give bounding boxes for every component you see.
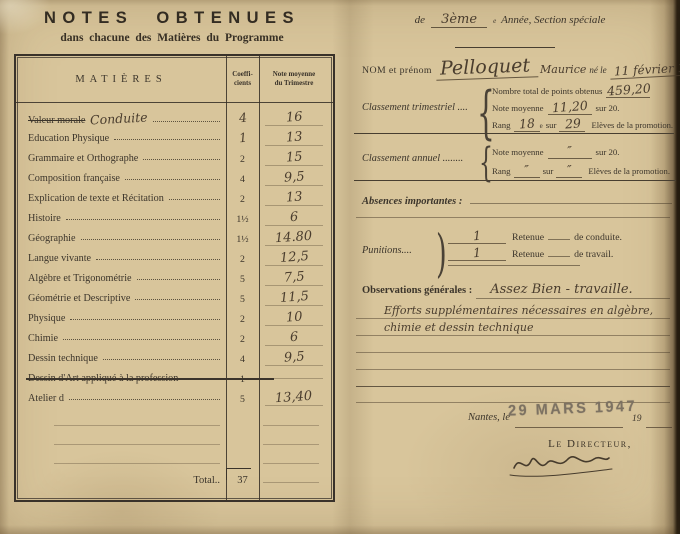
coefficient-value: 1: [238, 130, 247, 146]
note-value: 6: [289, 210, 298, 226]
note-line: 14.80: [265, 230, 323, 246]
subject-area: Atelier d: [16, 393, 226, 404]
coefficient-value: 5: [240, 274, 245, 285]
coefficient-cell: 2: [226, 329, 259, 347]
note-line: 13: [265, 130, 323, 146]
annuel-of-label: sur: [543, 166, 554, 176]
note-cell: 10: [259, 310, 329, 326]
subject-label: Education Physique: [28, 133, 109, 144]
subject-label: Géométrie et Descriptive: [28, 293, 130, 304]
note-line: 7,5: [265, 270, 323, 286]
date-stamp: 29 MARS 1947: [508, 398, 638, 420]
total-label: Total..: [16, 475, 226, 486]
subject-area: Chimie: [16, 333, 226, 344]
points-value-handwritten: 459,20: [606, 80, 651, 98]
subject-label: Langue vivante: [28, 253, 91, 264]
subject-label: Atelier d: [28, 393, 64, 404]
subject-area: Géographie: [16, 233, 226, 244]
table-row: Dessin technique49,5: [16, 348, 333, 368]
coefficient-cell: 2: [226, 309, 259, 327]
note-value: 15: [285, 149, 303, 165]
subject-label: Composition française: [28, 173, 120, 184]
table-row: Dessin d'Art appliqué à la profession1: [16, 368, 333, 388]
year-handwritten-value: 3ème: [431, 12, 487, 28]
annuel-rank-suffix: Elèves de la promotion.: [588, 166, 670, 176]
dotted-leader: [63, 339, 220, 340]
coefficient-value: 4: [240, 174, 245, 185]
subject-label: Algèbre et Trigonométrie: [28, 273, 132, 284]
note-value: 9,5: [283, 349, 305, 365]
table-row: Explication de texte et Récitation213: [16, 188, 333, 208]
coefficient-value: 4: [240, 354, 245, 365]
note-value: 14.80: [275, 229, 313, 247]
rank-value-handwritten: 18: [518, 115, 535, 131]
note-cell: 12,5: [259, 250, 329, 266]
note-cell: 9,5: [259, 350, 329, 366]
birthdate-handwritten: 11 février 1930: [609, 59, 680, 79]
note-value: 10: [285, 309, 303, 325]
annuel-rank-value: ″: [524, 162, 529, 177]
subject-area: Algèbre et Trigonométrie: [16, 273, 226, 284]
note-line: 6: [265, 330, 323, 346]
note-line: 11,5: [265, 290, 323, 306]
punition-suffix: de conduite.: [574, 232, 622, 243]
total-coefficients-value: 37: [226, 475, 259, 486]
subject-area: Grammaire et Orthographe: [16, 153, 226, 164]
total-note-line: [263, 482, 319, 483]
note-value: 7,5: [283, 269, 305, 285]
coefficient-value: 4: [238, 110, 247, 126]
note-value: 13: [285, 129, 303, 145]
subject-label: Histoire: [28, 213, 61, 224]
note-value: 11,5: [279, 289, 309, 306]
dotted-leader: [81, 239, 220, 240]
coefficient-cell: 1½: [226, 229, 259, 247]
coefficient-value: 2: [240, 314, 245, 325]
note-cell: 13: [259, 130, 329, 146]
year-blank-line: [646, 427, 672, 428]
coefficient-value: 5: [240, 294, 245, 305]
punitions-label: Punitions....: [362, 245, 412, 256]
coefficient-value: 1½: [236, 234, 248, 245]
observations-line: chimie et dessin technique: [356, 319, 670, 336]
annuel-average-suffix: sur 20.: [596, 147, 620, 157]
note-line: 9,5: [265, 350, 323, 366]
year-section-line: de 3ème e Année, Section spéciale: [350, 12, 670, 28]
year-prefix: de: [415, 14, 425, 26]
observations-line: Observations générales : Assez Bien - tr…: [362, 282, 670, 299]
table-row: Langue vivante212,5: [16, 248, 333, 268]
subject-area: Education Physique: [16, 133, 226, 144]
average-value-handwritten: 11,20: [551, 98, 588, 115]
report-card-scan: NOTES OBTENUES dans chacune des Matières…: [0, 0, 680, 534]
observation-handwritten: Assez Bien - travaille.: [476, 282, 670, 299]
column-header-matieres: MATIÈRES: [16, 56, 226, 102]
points-line: Nombre total de points obtenus 459,20: [492, 82, 650, 98]
note-cell: 13: [259, 190, 329, 206]
section-rule: [354, 133, 674, 134]
annuel-average-line: Note moyenne ″ sur 20.: [492, 143, 620, 159]
note-line: 16: [265, 110, 323, 126]
coefficient-cell: 5: [226, 389, 259, 407]
coefficient-cell: 2: [226, 189, 259, 207]
dotted-leader: [125, 179, 220, 180]
observations-blank-line: [356, 336, 670, 353]
dotted-leader: [70, 319, 220, 320]
name-label: NOM et prénom: [362, 65, 432, 76]
annuel-rank-line: Rang ″ sur ″ Elèves de la promotion.: [492, 162, 670, 178]
column-header-note-moyenne: Note moyenne du Trimestre: [259, 56, 329, 102]
coefficient-cell: 1: [226, 129, 259, 147]
coefficient-cell: 2: [226, 149, 259, 167]
punition-blank-line: [448, 265, 580, 266]
observations-blank-line: [356, 353, 670, 370]
coefficient-cell: 4: [226, 349, 259, 367]
subject-label: Explication de texte et Récitation: [28, 193, 164, 204]
rank-of-label: sur: [546, 120, 557, 130]
absences-blank-line: [356, 217, 670, 218]
coefficient-cell: 4: [226, 169, 259, 187]
year-ordinal-mark: e: [493, 17, 496, 25]
year-suffix: Année, Section spéciale: [501, 14, 605, 26]
table-row: Algèbre et Trigonométrie57,5: [16, 268, 333, 288]
punition-word: Retenue: [512, 249, 544, 260]
paren-glyph: ): [436, 224, 447, 283]
note-value: 12,5: [279, 249, 309, 266]
observation-handwritten: Efforts supplémentaires nécessaires en a…: [356, 304, 653, 318]
coefficient-cell: 5: [226, 289, 259, 307]
firstname-handwritten: Maurice: [540, 63, 586, 76]
note-line: 6: [265, 210, 323, 226]
column-header-coefficients: Coeffi- cients: [226, 56, 259, 102]
punition-blank: [548, 239, 570, 240]
subject-area: Explication de texte et Récitation: [16, 193, 226, 204]
punition-count-handwritten: 1: [473, 228, 482, 244]
note-line: 12,5: [265, 250, 323, 266]
rank-ordinal-mark: e: [540, 122, 543, 130]
coefficient-value: 2: [240, 334, 245, 345]
table-row: Atelier d513,40: [16, 388, 333, 408]
note-cell: 16: [259, 110, 329, 126]
observations-blank-line: [356, 370, 670, 387]
annuel-of-value: ″: [567, 162, 572, 177]
note-line: 13,40: [265, 390, 323, 406]
points-label: Nombre total de points obtenus: [492, 86, 602, 96]
absences-blank-line: [470, 203, 672, 204]
subject-label: Physique: [28, 313, 65, 324]
dotted-leader: [69, 399, 220, 400]
table-row: Géographie1½14.80: [16, 228, 333, 248]
average-label: Note moyenne: [492, 103, 544, 113]
director-signature: [508, 448, 618, 482]
rank-line: Rang 18 e sur 29 Elèves de la promotion.: [492, 116, 673, 132]
note-cell: 14.80: [259, 230, 329, 246]
rank-of-value-handwritten: 29: [564, 115, 581, 131]
page-title: NOTES OBTENUES: [0, 9, 344, 28]
place-label: Nantes, le: [468, 412, 510, 423]
annuel-average-label: Note moyenne: [492, 147, 544, 157]
note-value: 16: [285, 109, 303, 125]
coefficient-cell: 2: [226, 249, 259, 267]
table-rows: Valeur moraleConduite416Education Physiq…: [16, 108, 333, 408]
year-prefix-print: 19: [632, 414, 642, 424]
punition-line: 1 Retenue de conduite.: [448, 228, 622, 244]
coefficient-value: 1½: [236, 214, 248, 225]
table-row: Chimie26: [16, 328, 333, 348]
note-cell: 13,40: [259, 390, 329, 406]
annuel-average-value: ″: [567, 143, 572, 158]
total-row: Total.. 37: [16, 468, 333, 492]
punition-suffix: de travail.: [574, 249, 613, 260]
note-cell: 11,5: [259, 290, 329, 306]
dotted-leader: [66, 219, 220, 220]
blank-row: [16, 448, 333, 467]
table-row: Grammaire et Orthographe215: [16, 148, 333, 168]
note-line: 13: [265, 190, 323, 206]
table-row: Education Physique113: [16, 128, 333, 148]
dotted-leader: [103, 359, 220, 360]
decorative-rule: [455, 47, 555, 48]
page-subtitle: dans chacune des Matières du Programme: [0, 32, 344, 44]
subject-label: Géographie: [28, 233, 76, 244]
table-header-rule: [16, 102, 333, 103]
observation-handwritten: chimie et dessin technique: [356, 321, 534, 335]
right-page: de 3ème e Année, Section spéciale NOM et…: [350, 0, 680, 534]
table-row: Histoire1½6: [16, 208, 333, 228]
subject-area: Géométrie et Descriptive: [16, 293, 226, 304]
grades-table: MATIÈRES Coeffi- cients Note moyenne du …: [14, 54, 335, 502]
dotted-leader: [135, 299, 220, 300]
note-cell: 6: [259, 210, 329, 226]
note-value: 9,5: [283, 169, 305, 185]
dotted-leader: [153, 121, 220, 122]
coefficient-value: 5: [240, 394, 245, 405]
rank-label: Rang: [492, 120, 511, 130]
subject-area: Composition française: [16, 173, 226, 184]
punition-word: Retenue: [512, 232, 544, 243]
dotted-leader: [114, 139, 220, 140]
table-row: Physique210: [16, 308, 333, 328]
note-value: 13,40: [275, 389, 313, 407]
subject-handwritten: Conduite: [90, 109, 148, 127]
subject-label: Valeur morale: [28, 115, 85, 126]
table-row: Géométrie et Descriptive511,5: [16, 288, 333, 308]
note-value: 6: [289, 330, 298, 346]
coefficient-value: 2: [240, 154, 245, 165]
strike-line: [26, 378, 274, 379]
subject-label: Chimie: [28, 333, 58, 344]
subject-label: Grammaire et Orthographe: [28, 153, 138, 164]
coefficient-cell: 4: [226, 109, 259, 127]
dotted-leader: [96, 259, 220, 260]
punition-blank: [548, 256, 570, 257]
dotted-leader: [169, 199, 220, 200]
date-blank-line: [515, 427, 623, 428]
note-line: 9,5: [265, 170, 323, 186]
subject-label: Dessin technique: [28, 353, 98, 364]
note-cell: 9,5: [259, 170, 329, 186]
average-line: Note moyenne 11,20 sur 20.: [492, 99, 620, 115]
punition-count-handwritten: 1: [473, 245, 482, 261]
blank-row: [16, 410, 333, 429]
note-cell: 7,5: [259, 270, 329, 286]
observations-label: Observations générales :: [362, 285, 472, 296]
note-line: 15: [265, 150, 323, 166]
note-value: 13: [285, 189, 303, 205]
absences-line: Absences importantes :: [362, 196, 672, 207]
observations-line: Efforts supplémentaires nécessaires en a…: [356, 302, 670, 319]
subject-area: Valeur moraleConduite: [16, 111, 226, 126]
table-row: Valeur moraleConduite416: [16, 108, 333, 128]
average-suffix: sur 20.: [596, 103, 620, 113]
dotted-leader: [137, 279, 220, 280]
subject-area: Dessin technique: [16, 353, 226, 364]
subject-area: Histoire: [16, 213, 226, 224]
subject-area: Physique: [16, 313, 226, 324]
annuel-rank-label: Rang: [492, 166, 511, 176]
blank-row: [16, 429, 333, 448]
coefficient-cell: 1½: [226, 209, 259, 227]
dotted-leader: [143, 159, 220, 160]
trimestriel-label: Classement trimestriel ....: [362, 102, 468, 113]
absences-label: Absences importantes :: [362, 196, 462, 207]
rank-suffix: Elèves de la promotion.: [591, 120, 673, 130]
surname-handwritten: Pelloquet: [436, 54, 539, 81]
note-cell: 15: [259, 150, 329, 166]
note-line: 10: [265, 310, 323, 326]
coefficient-value: 2: [240, 194, 245, 205]
annuel-label: Classement annuel ........: [362, 153, 463, 164]
subject-area: Langue vivante: [16, 253, 226, 264]
coefficient-cell: 5: [226, 269, 259, 287]
left-page: NOTES OBTENUES dans chacune des Matières…: [0, 0, 350, 534]
born-label: né le: [589, 65, 606, 75]
note-cell: 6: [259, 330, 329, 346]
table-row: Composition française49,5: [16, 168, 333, 188]
identity-line: NOM et prénom Pelloquet Maurice né le 11…: [362, 56, 674, 79]
coefficient-value: 2: [240, 254, 245, 265]
punition-line: 1 Retenue de travail.: [448, 245, 613, 261]
section-rule: [354, 180, 676, 181]
